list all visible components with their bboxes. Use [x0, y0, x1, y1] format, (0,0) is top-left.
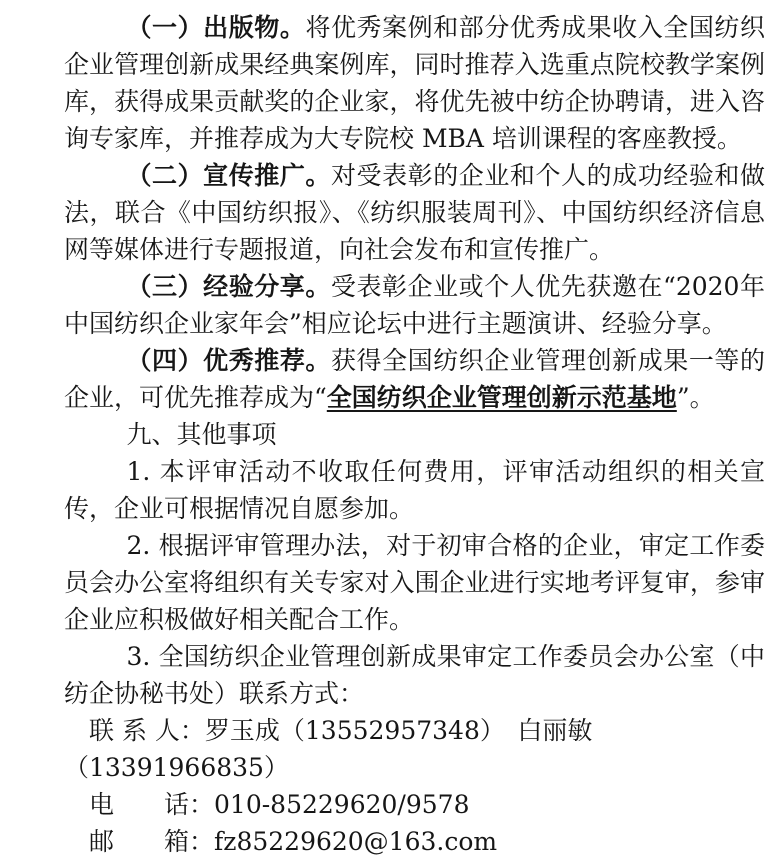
contact-email-line: 邮 箱：fz85229620@163.com: [64, 823, 765, 860]
paragraph-experience-sharing: （三）经验分享。受表彰企业或个人优先获邀在“2020年中国纺织企业家年会”相应论…: [64, 268, 765, 342]
paragraph-promotion-lead: （二）宣传推广。: [127, 161, 332, 190]
contact-phone-value: 010-85229620/9578: [214, 790, 469, 819]
document-page: （一）出版物。将优秀案例和部分优秀成果收入全国纺织企业管理创新成果经典案例库，同…: [0, 0, 783, 866]
contact-person-label: 联 系 人：: [89, 716, 205, 745]
contact-phone-line: 电 话：010-85229620/9578: [64, 786, 765, 823]
demo-base-highlight: 全国纺织企业管理创新示范基地: [327, 383, 677, 412]
contact-person-line: 联 系 人：罗玉成（13552957348） 白丽敏（13391966835）: [64, 712, 765, 786]
other-item-2: 2. 根据评审管理办法，对于初审合格的企业，审定工作委员会办公室将组织有关专家对…: [64, 527, 765, 638]
contact-email-label: 邮 箱：: [89, 827, 214, 856]
paragraph-recommendation: （四）优秀推荐。获得全国纺织企业管理创新成果一等的企业，可优先推荐成为“全国纺织…: [64, 342, 765, 416]
paragraph-recommendation-text-after: ”。: [677, 383, 715, 412]
other-items-heading: 九、其他事项: [64, 416, 765, 453]
paragraph-experience-sharing-lead: （三）经验分享。: [127, 272, 331, 301]
contact-phone-label: 电 话：: [89, 790, 214, 819]
other-item-3: 3. 全国纺织企业管理创新成果审定工作委员会办公室（中纺企协秘书处）联系方式：: [64, 638, 765, 712]
paragraph-publication-lead: （一）出版物。: [127, 13, 306, 42]
other-item-1: 1. 本评审活动不收取任何费用，评审活动组织的相关宣传，企业可根据情况自愿参加。: [64, 453, 765, 527]
paragraph-recommendation-lead: （四）优秀推荐。: [127, 346, 332, 375]
paragraph-promotion: （二）宣传推广。对受表彰的企业和个人的成功经验和做法，联合《中国纺织报》、《纺织…: [64, 157, 765, 268]
paragraph-publication: （一）出版物。将优秀案例和部分优秀成果收入全国纺织企业管理创新成果经典案例库，同…: [64, 9, 765, 157]
contact-email-value: fz85229620@163.com: [214, 827, 497, 856]
